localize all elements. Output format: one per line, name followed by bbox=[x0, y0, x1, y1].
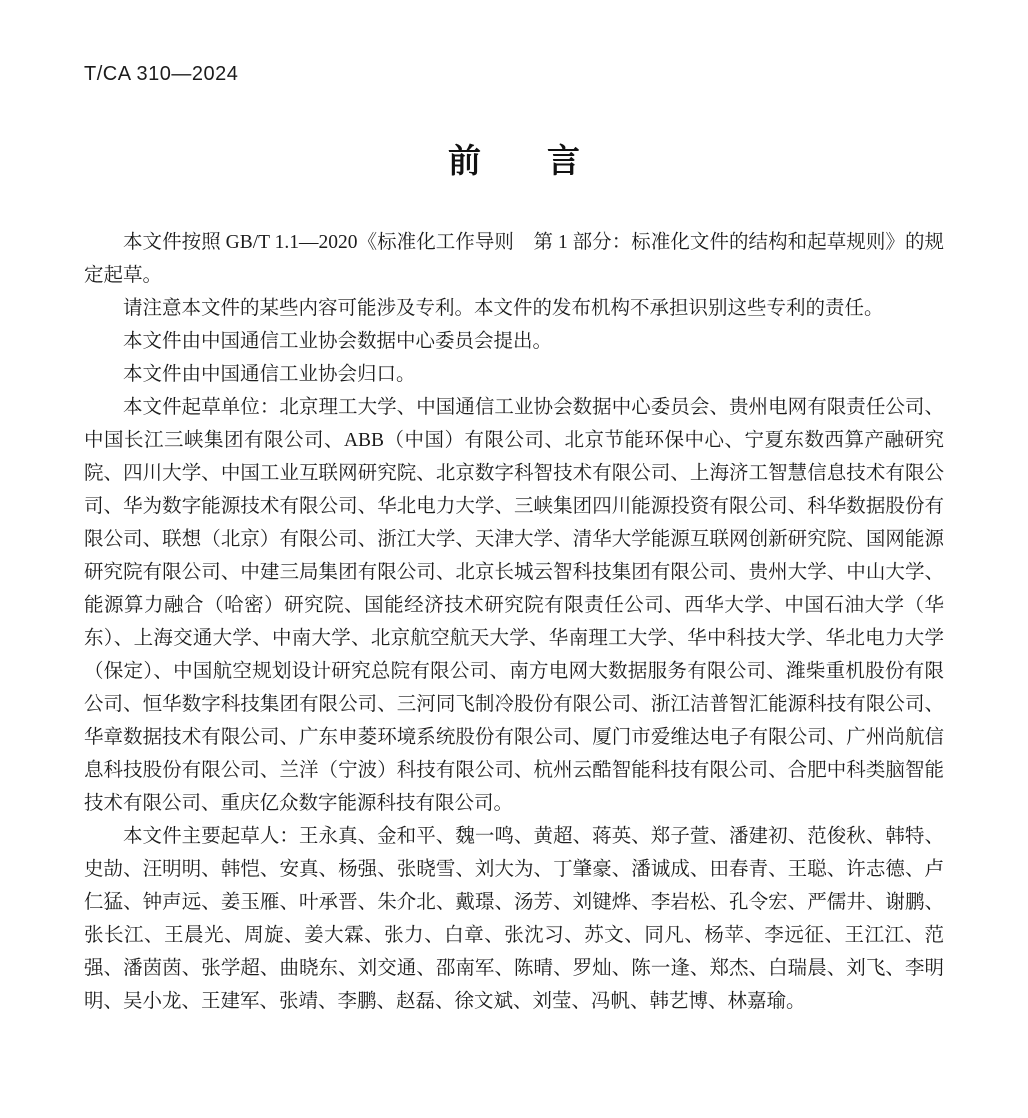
paragraph-drafting-organizations: 本文件起草单位：北京理工大学、中国通信工业协会数据中心委员会、贵州电网有限责任公… bbox=[84, 391, 944, 820]
paragraph-patent-notice: 请注意本文件的某些内容可能涉及专利。本文件的发布机构不承担识别这些专利的责任。 bbox=[84, 292, 944, 325]
foreword-title: 前 言 bbox=[84, 140, 944, 182]
foreword-body: 本文件按照 GB/T 1.1—2020《标准化工作导则 第 1 部分：标准化文件… bbox=[84, 226, 944, 1018]
paragraph-drafting-rules: 本文件按照 GB/T 1.1—2020《标准化工作导则 第 1 部分：标准化文件… bbox=[84, 226, 944, 292]
paragraph-proposed-by: 本文件由中国通信工业协会数据中心委员会提出。 bbox=[84, 325, 944, 358]
paragraph-main-drafters: 本文件主要起草人：王永真、金和平、魏一鸣、黄超、蒋英、郑子萱、潘建初、范俊秋、韩… bbox=[84, 820, 944, 1018]
document-number: T/CA 310—2024 bbox=[84, 62, 944, 86]
paragraph-under-jurisdiction: 本文件由中国通信工业协会归口。 bbox=[84, 358, 944, 391]
document-page: T/CA 310—2024 前 言 本文件按照 GB/T 1.1—2020《标准… bbox=[0, 0, 1028, 1118]
